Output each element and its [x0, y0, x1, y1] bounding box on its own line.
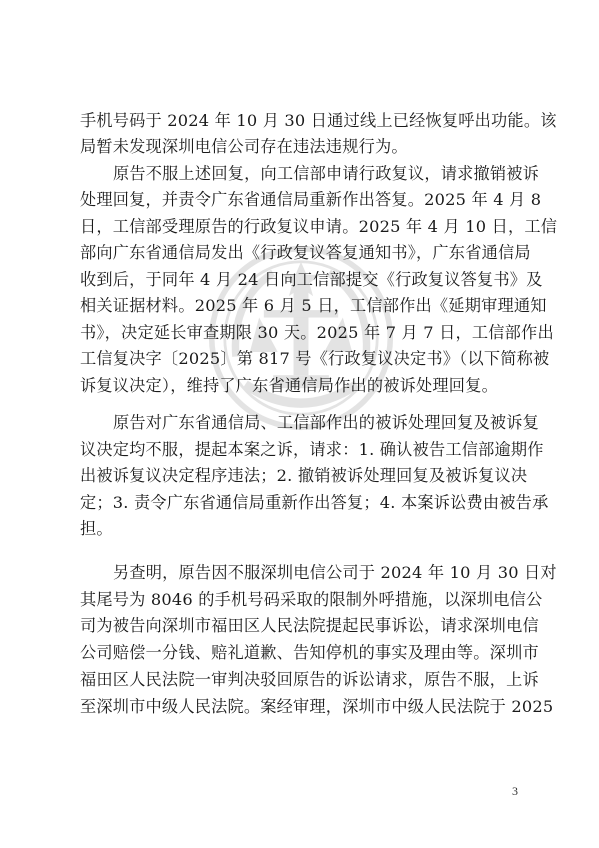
text-line: 局暂未发现深圳电信公司存在违法违规行为。 — [80, 134, 520, 160]
page-number: 3 — [512, 784, 518, 799]
text-line: 其尾号为 8046 的手机号码采取的限制外呼措施，以深圳电信公 — [80, 587, 520, 613]
text-line: 定；3. 责令广东省通信局重新作出答复；4. 本案诉讼费由被告承 — [80, 490, 520, 516]
document-page: 手机号码于 2024 年 10 月 30 日通过线上已经恢复呼出功能。该 局暂未… — [0, 0, 599, 848]
text-line: 出被诉复议决定程序违法；2. 撤销被诉处理回复及被诉复议决 — [80, 463, 520, 489]
text-line: 手机号码于 2024 年 10 月 30 日通过线上已经恢复呼出功能。该 — [80, 108, 520, 134]
text-line: 部向广东省通信局发出《行政复议答复通知书》，广东省通信局 — [80, 240, 520, 266]
text-line: 日，工信部受理原告的行政复议申请。2025 年 4 月 10 日，工信 — [80, 214, 520, 240]
text-line: 原告不服上述回复，向工信部申请行政复议，请求撤销被诉 — [113, 161, 520, 187]
text-line: 收到后，于同年 4 月 24 日向工信部提交《行政复议答复书》及 — [80, 267, 520, 293]
text-line: 相关证据材料。2025 年 6 月 5 日，工信部作出《延期审理通知 — [80, 293, 520, 319]
text-line: 议决定均不服，提起本案之诉，请求：1. 确认被告工信部逾期作 — [80, 437, 520, 463]
text-line: 另查明，原告因不服深圳电信公司于 2024 年 10 月 30 日对 — [113, 560, 520, 586]
text-line: 诉复议决定），维持了广东省通信局作出的被诉处理回复。 — [80, 373, 520, 399]
text-line: 公司赔偿一分钱、赔礼道歉、告知停机的事实及理由等。深圳市 — [80, 640, 520, 666]
text-line: 原告对广东省通信局、工信部作出的被诉处理回复及被诉复 — [113, 410, 520, 436]
text-line: 至深圳市中级人民法院。案经审理，深圳市中级人民法院于 2025 — [80, 694, 520, 720]
text-line: 处理回复，并责令广东省通信局重新作出答复。2025 年 4 月 8 — [80, 187, 520, 213]
text-line: 书》，决定延长审查期限 30 天。2025 年 7 月 7 日，工信部作出 — [80, 320, 520, 346]
text-line: 工信复决字〔2025〕第 817 号《行政复议决定书》（以下简称被 — [80, 346, 520, 372]
text-line: 福田区人民法院一审判决驳回原告的诉讼请求，原告不服，上诉 — [80, 667, 520, 693]
text-line: 司为被告向深圳市福田区人民法院提起民事诉讼，请求深圳电信 — [80, 613, 520, 639]
text-line: 担。 — [80, 516, 520, 542]
